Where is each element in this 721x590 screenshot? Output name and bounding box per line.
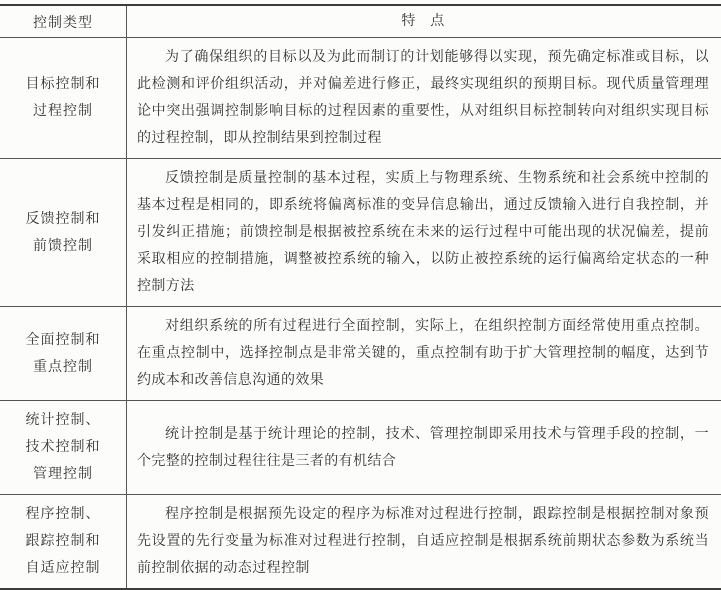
feature-text: 对组织系统的所有过程进行全面控制，实际上，在组织控制方面经常使用重点控制。在重点… (137, 313, 709, 394)
control-type-line: 程序控制、 (26, 501, 101, 528)
table-row: 目标控制和过程控制 为了确保组织的目标以及为此而制订的计划能够得以实现，预先确定… (0, 38, 721, 159)
feature-cell: 对组织系统的所有过程进行全面控制，实际上，在组织控制方面经常使用重点控制。在重点… (127, 307, 721, 400)
table-row: 程序控制、跟踪控制和自适应控制 程序控制是根据预先设定的程序为标准对过程进行控制… (0, 495, 721, 588)
control-type-line: 前馈控制 (33, 233, 93, 260)
feature-cell: 反馈控制是质量控制的基本过程，实质上与物理系统、生物系统和社会系统中控制的基本过… (127, 159, 721, 306)
table-header-row: 控制类型 特 点 (0, 6, 721, 38)
control-type-line: 过程控制 (33, 98, 93, 125)
control-type-line: 反馈控制和 (26, 206, 101, 233)
column-header-control-type: 控制类型 (0, 6, 127, 37)
feature-text: 反馈控制是质量控制的基本过程，实质上与物理系统、生物系统和社会系统中控制的基本过… (137, 165, 709, 300)
table-row: 反馈控制和前馈控制 反馈控制是质量控制的基本过程，实质上与物理系统、生物系统和社… (0, 159, 721, 307)
control-type-line: 重点控制 (33, 354, 93, 381)
table-body: 目标控制和过程控制 为了确保组织的目标以及为此而制订的计划能够得以实现，预先确定… (0, 38, 721, 588)
control-type-cell: 反馈控制和前馈控制 (0, 159, 127, 306)
control-type-cell: 全面控制和重点控制 (0, 307, 127, 400)
table-row: 全面控制和重点控制 对组织系统的所有过程进行全面控制，实际上，在组织控制方面经常… (0, 307, 721, 401)
control-types-table: 控制类型 特 点 目标控制和过程控制 为了确保组织的目标以及为此而制订的计划能够… (0, 4, 721, 590)
feature-text: 统计控制是基于统计理论的控制，技术、管理控制即采用技术与管理手段的控制，一个完整… (137, 421, 709, 475)
control-type-cell: 目标控制和过程控制 (0, 38, 127, 158)
control-type-line: 跟踪控制和 (26, 528, 101, 555)
control-type-line: 目标控制和 (26, 71, 101, 98)
control-type-cell: 程序控制、跟踪控制和自适应控制 (0, 495, 127, 588)
control-type-line: 管理控制 (33, 461, 93, 488)
column-header-control-type-label: 控制类型 (33, 12, 93, 32)
control-type-line: 全面控制和 (26, 327, 101, 354)
control-type-line: 技术控制和 (26, 434, 101, 461)
control-type-line: 自适应控制 (26, 555, 101, 582)
control-type-cell: 统计控制、技术控制和管理控制 (0, 401, 127, 494)
feature-cell: 统计控制是基于统计理论的控制，技术、管理控制即采用技术与管理手段的控制，一个完整… (127, 401, 721, 494)
feature-text: 程序控制是根据预先设定的程序为标准对过程进行控制，跟踪控制是根据控制对象预先设置… (137, 501, 709, 582)
column-header-features: 特 点 (127, 6, 721, 37)
feature-cell: 为了确保组织的目标以及为此而制订的计划能够得以实现，预先确定标准或目标，以此检测… (127, 38, 721, 158)
feature-text: 为了确保组织的目标以及为此而制订的计划能够得以实现，预先确定标准或目标，以此检测… (137, 44, 709, 152)
column-header-features-label: 特 点 (137, 8, 709, 35)
table-row: 统计控制、技术控制和管理控制 统计控制是基于统计理论的控制，技术、管理控制即采用… (0, 401, 721, 495)
feature-cell: 程序控制是根据预先设定的程序为标准对过程进行控制，跟踪控制是根据控制对象预先设置… (127, 495, 721, 588)
control-type-line: 统计控制、 (26, 407, 101, 434)
